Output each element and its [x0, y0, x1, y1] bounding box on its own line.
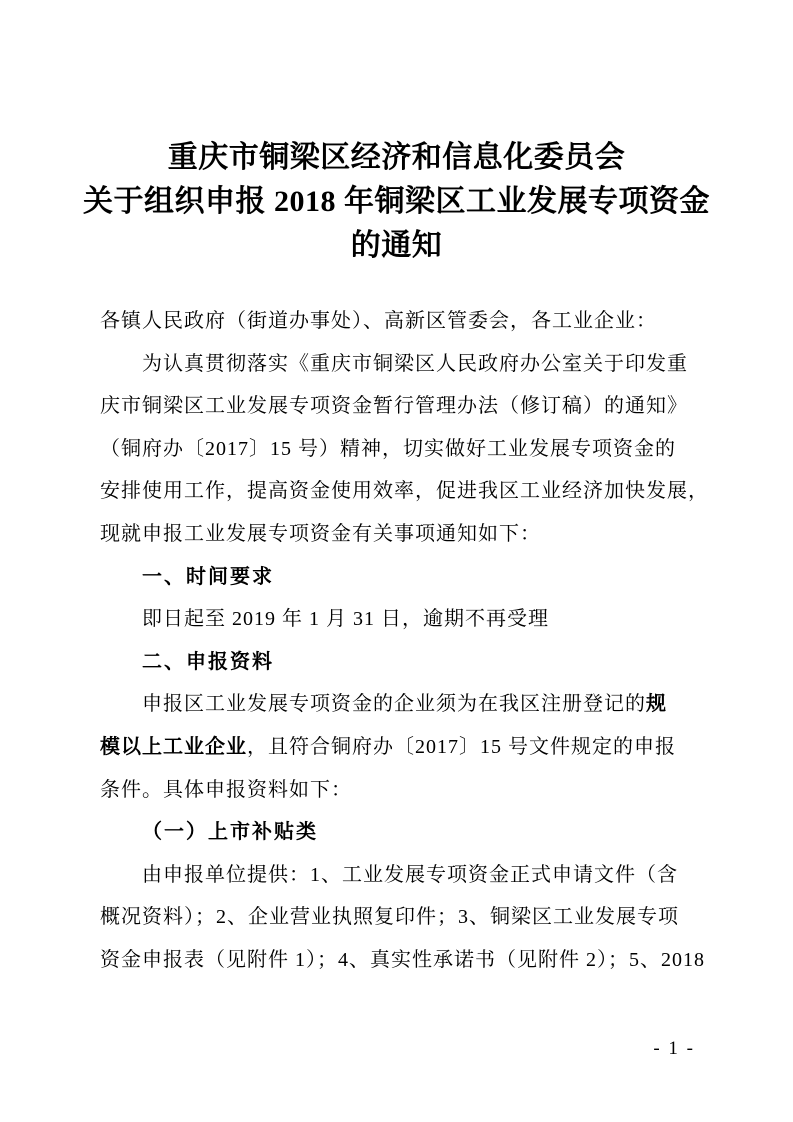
section-heading-1: 一、时间要求: [100, 556, 700, 599]
title-line-2: 关于组织申报 2018 年铜梁区工业发展专项资金: [0, 180, 793, 224]
text-segment: 为认真贯彻落实《重庆市铜梁区人民政府办公室关于印发重: [142, 353, 688, 375]
title-line-3: 的通知: [0, 224, 793, 268]
text-segment: 条件。具体申报资料如下：: [100, 779, 352, 801]
text-segment: 模以上工业企业: [100, 736, 247, 758]
paragraph-line: 为认真贯彻落实《重庆市铜梁区人民政府办公室关于印发重: [100, 343, 700, 386]
text-segment: （一）上市补贴类: [142, 821, 318, 843]
text-segment: （铜府办〔2017〕15 号）精神，切实做好工业发展专项资金的: [100, 438, 676, 460]
document-page: 重庆市铜梁区经济和信息化委员会 关于组织申报 2018 年铜梁区工业发展专项资金…: [0, 0, 793, 1122]
text-segment: 概况资料）；2、企业营业执照复印件；3、铜梁区工业发展专项: [100, 906, 679, 928]
document-title: 重庆市铜梁区经济和信息化委员会 关于组织申报 2018 年铜梁区工业发展专项资金…: [0, 136, 793, 268]
text-segment: 一、时间要求: [142, 566, 274, 588]
title-line-1: 重庆市铜梁区经济和信息化委员会: [0, 136, 793, 180]
text-segment: 即日起至 2019 年 1 月 31 日，逾期不再受理: [142, 608, 549, 630]
text-segment: 各镇人民政府（街道办事处）、高新区管委会，各工业企业：: [100, 310, 657, 332]
paragraph-line: 现就申报工业发展专项资金有关事项通知如下：: [100, 513, 700, 556]
paragraph-line: 由申报单位提供：1、工业发展专项资金正式申请文件（含: [100, 854, 700, 897]
paragraph-line: 概况资料）；2、企业营业执照复印件；3、铜梁区工业发展专项: [100, 896, 700, 939]
paragraph-line: （铜府办〔2017〕15 号）精神，切实做好工业发展专项资金的: [100, 428, 700, 471]
text-segment: 庆市铜梁区工业发展专项资金暂行管理办法（修订稿）的通知》: [100, 395, 688, 417]
page-number: - 1 -: [653, 1038, 695, 1060]
paragraph-line: 资金申报表（见附件 1）；4、真实性承诺书（见附件 2）；5、2018: [100, 939, 700, 982]
text-segment: 资金申报表（见附件 1）；4、真实性承诺书（见附件 2）；5、2018: [100, 949, 705, 971]
section-heading-2: 二、申报资料: [100, 641, 700, 684]
text-segment: ，且符合铜府办〔2017〕15 号文件规定的申报: [247, 736, 676, 758]
text-segment: 由申报单位提供：1、工业发展专项资金正式申请文件（含: [142, 864, 678, 886]
paragraph-line: 庆市铜梁区工业发展专项资金暂行管理办法（修订稿）的通知》: [100, 385, 700, 428]
document-body: 各镇人民政府（街道办事处）、高新区管委会，各工业企业：为认真贯彻落实《重庆市铜梁…: [100, 300, 700, 982]
text-segment: 二、申报资料: [142, 651, 274, 673]
text-segment: 申报区工业发展专项资金的企业须为在我区注册登记的: [142, 693, 646, 715]
text-segment: 安排使用工作，提高资金使用效率，促进我区工业经济加快发展，: [100, 480, 709, 502]
subsection-heading: （一）上市补贴类: [100, 811, 700, 854]
paragraph-line: 申报区工业发展专项资金的企业须为在我区注册登记的规: [100, 683, 700, 726]
paragraph-line: 模以上工业企业，且符合铜府办〔2017〕15 号文件规定的申报: [100, 726, 700, 769]
paragraph-line: 条件。具体申报资料如下：: [100, 769, 700, 812]
text-segment: 现就申报工业发展专项资金有关事项通知如下：: [100, 523, 541, 545]
paragraph-line: 即日起至 2019 年 1 月 31 日，逾期不再受理: [100, 598, 700, 641]
text-segment: 规: [646, 693, 667, 715]
salutation-line: 各镇人民政府（街道办事处）、高新区管委会，各工业企业：: [100, 300, 700, 343]
paragraph-line: 安排使用工作，提高资金使用效率，促进我区工业经济加快发展，: [100, 470, 700, 513]
